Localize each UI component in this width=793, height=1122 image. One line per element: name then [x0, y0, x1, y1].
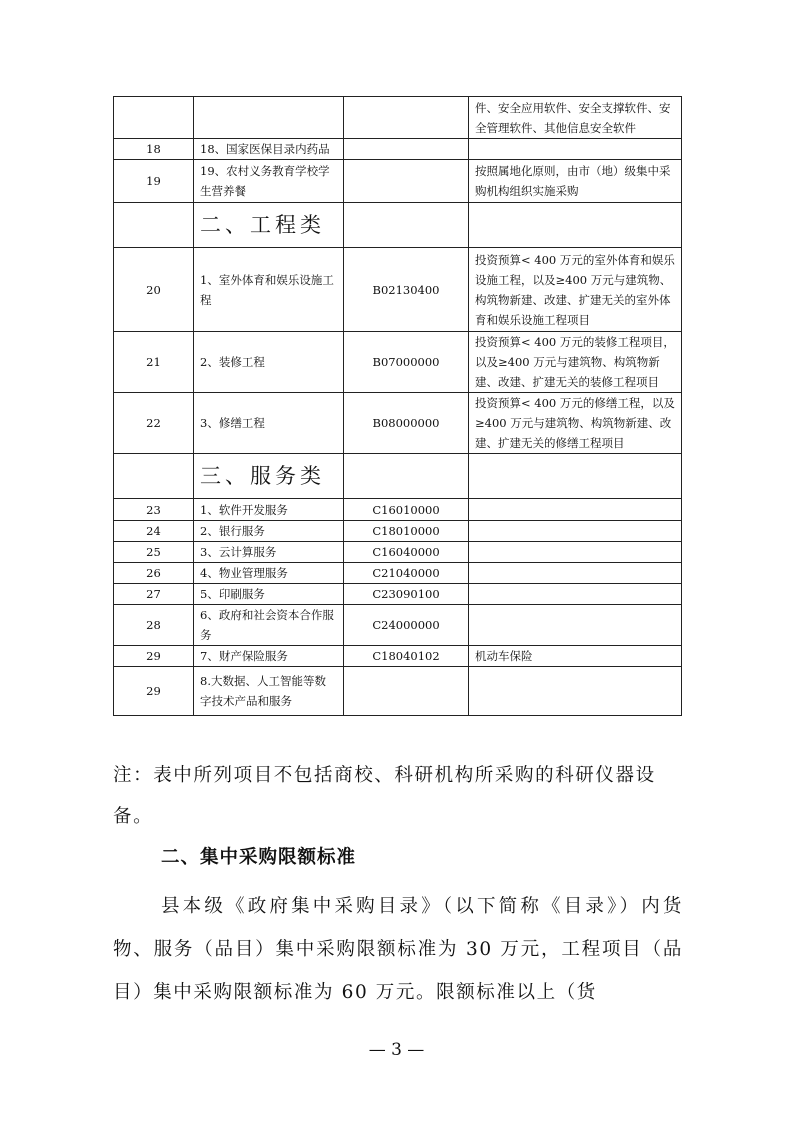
table-row: 1818、国家医保目录内药品 [114, 139, 682, 160]
item-note-cell [469, 605, 682, 646]
item-code-cell: C16040000 [344, 542, 469, 563]
table-row: 264、物业管理服务C21040000 [114, 563, 682, 584]
section-title-cell: 三、服务类 [194, 454, 344, 499]
table-footnote: 注：表中所列项目不包括商校、科研机构所采购的科研仪器设备。 [113, 755, 683, 837]
row-number-cell: 28 [114, 605, 194, 646]
item-note-cell: 按照属地化原则，由市（地）级集中采购机构组织实施采购 [469, 160, 682, 203]
table-row: 253、云计算服务C16040000 [114, 542, 682, 563]
table-row: 231、软件开发服务C16010000 [114, 499, 682, 521]
item-note-cell: 投资预算< 400 万元的修缮工程，以及≥400 万元与建筑物、构筑物新建、改建… [469, 393, 682, 454]
item-name-cell: 1、软件开发服务 [194, 499, 344, 521]
item-name-cell: 7、财产保险服务 [194, 646, 344, 667]
row-number-cell: 23 [114, 499, 194, 521]
row-number-cell: 24 [114, 521, 194, 542]
section-row: 三、服务类 [114, 454, 682, 499]
item-note-cell: 件、安全应用软件、安全支撑软件、安全管理软件、其他信息安全软件 [469, 97, 682, 139]
item-note-cell [469, 584, 682, 605]
item-name-cell: 8.大数据、人工智能等数字技术产品和服务 [194, 667, 344, 716]
item-code-cell [344, 97, 469, 139]
table-row: 223、修缮工程B08000000投资预算< 400 万元的修缮工程，以及≥40… [114, 393, 682, 454]
procurement-catalog-table: 件、安全应用软件、安全支撑软件、安全管理软件、其他信息安全软件1818、国家医保… [113, 96, 682, 716]
page-number: — 3 — [0, 1040, 793, 1060]
item-note-cell: 投资预算< 400 万元的室外体育和娱乐设施工程，以及≥400 万元与建筑物、构… [469, 248, 682, 332]
item-code-cell: C24000000 [344, 605, 469, 646]
row-number-cell [114, 203, 194, 248]
item-name-cell: 18、国家医保目录内药品 [194, 139, 344, 160]
table-row: 297、财产保险服务C18040102机动车保险 [114, 646, 682, 667]
item-name-cell: 6、政府和社会资本合作服务 [194, 605, 344, 646]
item-name-cell: 3、云计算服务 [194, 542, 344, 563]
section-heading: 二、集中采购限额标准 [161, 843, 356, 869]
row-number-cell: 20 [114, 248, 194, 332]
table-row: 242、银行服务C18010000 [114, 521, 682, 542]
item-note-cell [469, 203, 682, 248]
item-name-cell: 3、修缮工程 [194, 393, 344, 454]
row-number-cell: 27 [114, 584, 194, 605]
row-number-cell: 25 [114, 542, 194, 563]
table-row: 212、装修工程B07000000投资预算< 400 万元的装修工程项目，以及≥… [114, 332, 682, 393]
item-name-cell: 5、印刷服务 [194, 584, 344, 605]
row-number-cell: 19 [114, 160, 194, 203]
section-title-cell: 二、工程类 [194, 203, 344, 248]
item-note-cell [469, 521, 682, 542]
row-number-cell: 29 [114, 667, 194, 716]
table-row: 件、安全应用软件、安全支撑软件、安全管理软件、其他信息安全软件 [114, 97, 682, 139]
item-code-cell [344, 139, 469, 160]
item-name-cell: 2、装修工程 [194, 332, 344, 393]
item-code-cell [344, 160, 469, 203]
table-row: 286、政府和社会资本合作服务C24000000 [114, 605, 682, 646]
row-number-cell [114, 97, 194, 139]
row-number-cell: 26 [114, 563, 194, 584]
row-number-cell: 22 [114, 393, 194, 454]
item-note-cell: 机动车保险 [469, 646, 682, 667]
item-code-cell: C18040102 [344, 646, 469, 667]
item-code-cell: C23090100 [344, 584, 469, 605]
table-row: 275、印刷服务C23090100 [114, 584, 682, 605]
item-code-cell [344, 667, 469, 716]
item-name-cell: 2、银行服务 [194, 521, 344, 542]
item-note-cell [469, 667, 682, 716]
item-code-cell: B02130400 [344, 248, 469, 332]
table-body: 件、安全应用软件、安全支撑软件、安全管理软件、其他信息安全软件1818、国家医保… [114, 97, 682, 716]
item-note-cell: 投资预算< 400 万元的装修工程项目，以及≥400 万元与建筑物、构筑物新建、… [469, 332, 682, 393]
table-row: 201、室外体育和娱乐设施工程B02130400投资预算< 400 万元的室外体… [114, 248, 682, 332]
row-number-cell: 21 [114, 332, 194, 393]
item-code-cell: B08000000 [344, 393, 469, 454]
item-name-cell: 4、物业管理服务 [194, 563, 344, 584]
section-row: 二、工程类 [114, 203, 682, 248]
row-number-cell [114, 454, 194, 499]
item-note-cell [469, 563, 682, 584]
table-row: 1919、农村义务教育学校学生营养餐按照属地化原则，由市（地）级集中采购机构组织… [114, 160, 682, 203]
body-paragraph: 县本级《政府集中采购目录》（以下简称《目录》）内货物、服务（品目）集中采购限额标… [113, 885, 683, 1014]
item-name-cell: 1、室外体育和娱乐设施工程 [194, 248, 344, 332]
table-row: 298.大数据、人工智能等数字技术产品和服务 [114, 667, 682, 716]
item-name-cell [194, 97, 344, 139]
item-code-cell: C21040000 [344, 563, 469, 584]
item-code-cell: C18010000 [344, 521, 469, 542]
item-code-cell [344, 203, 469, 248]
row-number-cell: 18 [114, 139, 194, 160]
item-note-cell [469, 499, 682, 521]
document-page: 件、安全应用软件、安全支撑软件、安全管理软件、其他信息安全软件1818、国家医保… [0, 0, 793, 1122]
item-name-cell: 19、农村义务教育学校学生营养餐 [194, 160, 344, 203]
item-note-cell [469, 139, 682, 160]
item-code-cell: B07000000 [344, 332, 469, 393]
item-code-cell [344, 454, 469, 499]
item-note-cell [469, 542, 682, 563]
row-number-cell: 29 [114, 646, 194, 667]
item-code-cell: C16010000 [344, 499, 469, 521]
item-note-cell [469, 454, 682, 499]
